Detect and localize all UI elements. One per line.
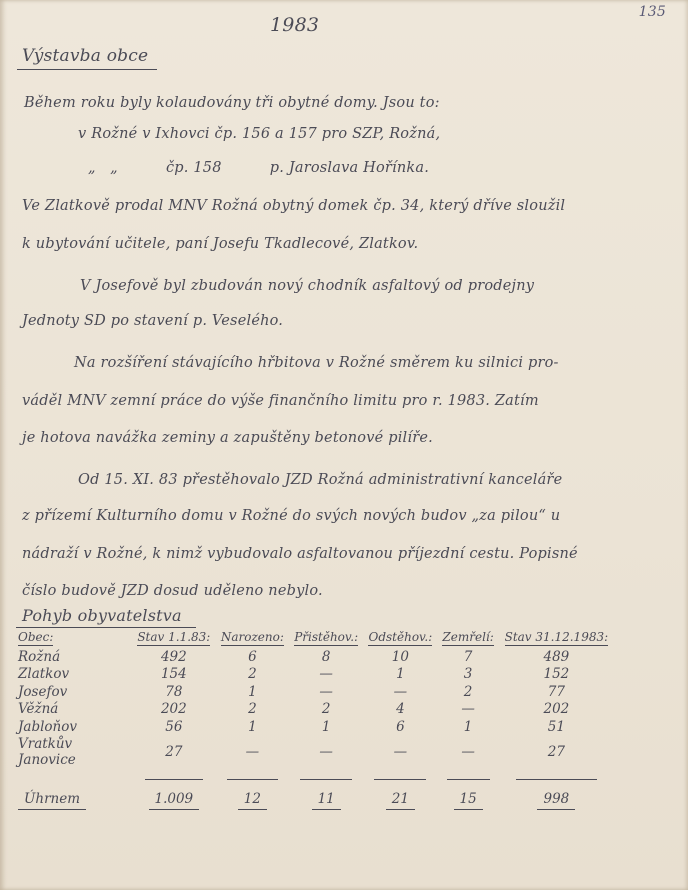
cell-obec: Vratkův Janovice xyxy=(14,736,132,768)
text-line: je hotova navážka zeminy a zapuštěny bet… xyxy=(22,430,433,446)
total-pristehov: 11 xyxy=(289,784,363,814)
sum-rule xyxy=(516,779,597,780)
cell-stav-start: 27 xyxy=(132,736,216,768)
page-number: 135 xyxy=(639,4,666,20)
text-line: k ubytování učitele, paní Josefu Tkadlec… xyxy=(22,236,418,252)
cell-odstehov: 4 xyxy=(363,701,437,719)
cell-narozeno: 2 xyxy=(216,666,289,684)
cell-zemreli: — xyxy=(437,701,498,719)
sum-rule xyxy=(227,779,278,780)
cell-odstehov: — xyxy=(363,683,437,701)
cell-zemreli: 3 xyxy=(437,666,498,684)
sum-rule xyxy=(374,779,426,780)
table-row: Vratkův Janovice 27 — — — — 27 xyxy=(14,736,614,768)
cell-zemreli: 1 xyxy=(437,718,498,736)
cell-narozeno: 1 xyxy=(216,683,289,701)
cell-odstehov: 1 xyxy=(363,666,437,684)
column-header-zemreli: Zemřelí: xyxy=(437,630,498,648)
table-row: Věžná 202 2 2 4 — 202 xyxy=(14,701,614,719)
text-line: Během roku byly kolaudovány tři obytné d… xyxy=(24,95,440,111)
cell-stav-end: 77 xyxy=(499,683,614,701)
table-row: Jabloňov 56 1 1 6 1 51 xyxy=(14,718,614,736)
column-header-obec: Obec: xyxy=(14,630,132,648)
population-table: Obec: Stav 1.1.83: Narozeno: Přistěhov.:… xyxy=(14,630,614,814)
cell-pristehov: 2 xyxy=(289,701,363,719)
cell-stav-end: 489 xyxy=(499,648,614,666)
column-header-pristehov: Přistěhov.: xyxy=(289,630,363,648)
heading-underline xyxy=(16,627,196,628)
table-row: Josefov 78 1 — — 2 77 xyxy=(14,683,614,701)
cell-narozeno: 6 xyxy=(216,648,289,666)
text-line: Na rozšíření stávajícího hřbitova v Rožn… xyxy=(74,355,559,371)
cell-zemreli: — xyxy=(437,736,498,768)
text-line: z přízemí Kulturního domu v Rožné do svý… xyxy=(22,508,560,524)
column-header-stav-start: Stav 1.1.83: xyxy=(132,630,216,648)
cell-stav-end: 51 xyxy=(499,718,614,736)
table-row: Zlatkov 154 2 — 1 3 152 xyxy=(14,666,614,684)
text-line: „ „ čp. 158 p. Jaroslava Hořínka. xyxy=(88,160,429,176)
table-header-row: Obec: Stav 1.1.83: Narozeno: Přistěhov.:… xyxy=(14,630,614,648)
cell-stav-start: 492 xyxy=(132,648,216,666)
heading-underline xyxy=(17,69,157,70)
text-line: Ve Zlatkově prodal MNV Rožná obytný dome… xyxy=(22,198,565,214)
cell-obec: Zlatkov xyxy=(14,666,132,684)
cell-zemreli: 2 xyxy=(437,683,498,701)
cell-pristehov: 1 xyxy=(289,718,363,736)
total-odstehov: 21 xyxy=(363,784,437,814)
column-header-stav-end: Stav 31.12.1983: xyxy=(499,630,614,648)
text-line: váděl MNV zemní práce do výše finančního… xyxy=(22,393,539,409)
sum-rule xyxy=(145,779,204,780)
sum-separator-row xyxy=(14,768,614,784)
total-stav-start: 1.009 xyxy=(132,784,216,814)
table-row: Rožná 492 6 8 10 7 489 xyxy=(14,648,614,666)
cell-obec: Josefov xyxy=(14,683,132,701)
cell-pristehov: 8 xyxy=(289,648,363,666)
chronicle-page: 135 1983 Výstavba obce Během roku byly k… xyxy=(0,0,688,890)
section-heading-population: Pohyb obyvatelstva xyxy=(22,606,182,625)
total-label: Úhrnem xyxy=(14,784,132,814)
column-header-narozeno: Narozeno: xyxy=(216,630,289,648)
cell-narozeno: — xyxy=(216,736,289,768)
total-zemreli: 15 xyxy=(437,784,498,814)
sum-rule xyxy=(447,779,490,780)
text-line: nádraží v Rožné, k nimž vybudovalo asfal… xyxy=(22,546,578,562)
text-line: číslo budově JZD dosud uděleno nebylo. xyxy=(22,583,323,599)
text-line: V Josefově byl zbudován nový chodník asf… xyxy=(80,278,534,294)
cell-stav-start: 78 xyxy=(132,683,216,701)
text-line: v Rožné v Ixhovci čp. 156 a 157 pro SZP,… xyxy=(78,126,440,142)
cell-odstehov: 10 xyxy=(363,648,437,666)
cell-obec: Jabloňov xyxy=(14,718,132,736)
cell-stav-end: 152 xyxy=(499,666,614,684)
cell-pristehov: — xyxy=(289,683,363,701)
total-narozeno: 12 xyxy=(216,784,289,814)
text-line: Od 15. XI. 83 přestěhovalo JZD Rožná adm… xyxy=(78,472,562,488)
cell-obec: Věžná xyxy=(14,701,132,719)
cell-stav-start: 154 xyxy=(132,666,216,684)
cell-stav-end: 202 xyxy=(499,701,614,719)
cell-odstehov: 6 xyxy=(363,718,437,736)
cell-zemreli: 7 xyxy=(437,648,498,666)
sum-rule xyxy=(300,779,352,780)
table-total-row: Úhrnem 1.009 12 11 21 15 998 xyxy=(14,784,614,814)
cell-obec: Rožná xyxy=(14,648,132,666)
section-heading-construction: Výstavba obce xyxy=(22,46,148,66)
cell-pristehov: — xyxy=(289,736,363,768)
total-stav-end: 998 xyxy=(499,784,614,814)
cell-stav-start: 56 xyxy=(132,718,216,736)
cell-pristehov: — xyxy=(289,666,363,684)
column-header-odstehov: Odstěhov.: xyxy=(363,630,437,648)
cell-stav-end: 27 xyxy=(499,736,614,768)
cell-narozeno: 2 xyxy=(216,701,289,719)
cell-stav-start: 202 xyxy=(132,701,216,719)
cell-narozeno: 1 xyxy=(216,718,289,736)
text-line: Jednoty SD po stavení p. Veselého. xyxy=(22,313,283,329)
cell-odstehov: — xyxy=(363,736,437,768)
year-heading: 1983 xyxy=(270,14,319,36)
